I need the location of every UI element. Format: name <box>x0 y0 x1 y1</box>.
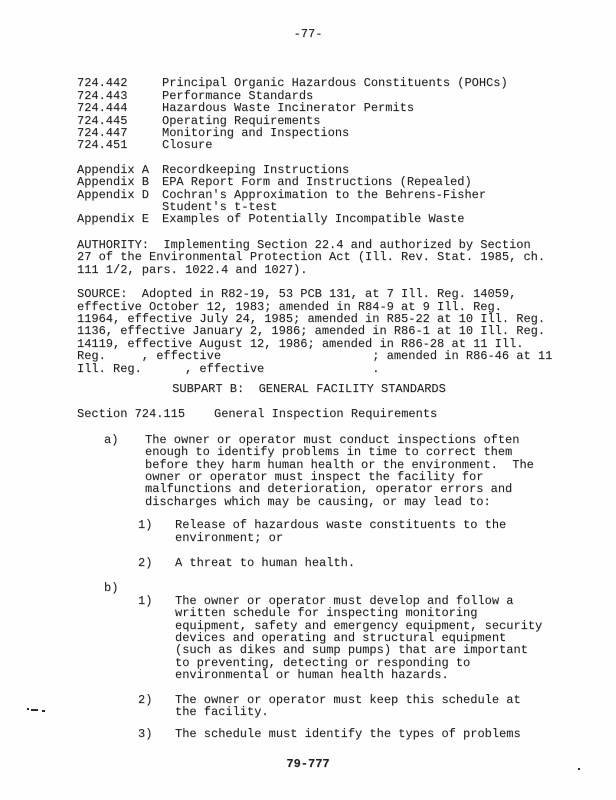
appendix-label: Appendix E <box>77 213 162 225</box>
page-number-bottom: 79-777 <box>0 758 616 770</box>
source-paragraph: SOURCE: Adopted in R82-19, 53 PCB 131, a… <box>77 288 616 375</box>
toc-row: 724.447 Monitoring and Inspections <box>77 127 616 139</box>
section-number: Section 724.115 <box>77 408 214 420</box>
page-number-top: -77- <box>0 28 616 40</box>
appendix-title: EPA Report Form and Instructions (Repeal… <box>162 176 472 188</box>
appendix-row: Appendix B EPA Report Form and Instructi… <box>77 176 616 188</box>
outline-text: The owner or operator must keep this sch… <box>175 694 521 719</box>
toc-row: 724.442 Principal Organic Hazardous Cons… <box>77 77 616 89</box>
toc-row: 724.444 Hazardous Waste Incinerator Perm… <box>77 102 616 114</box>
toc-section-number: 724.442 <box>77 77 162 89</box>
toc-section-number: 724.451 <box>77 139 162 151</box>
toc-sections: 724.442 Principal Organic Hazardous Cons… <box>77 77 616 151</box>
document-page: -77- 724.442 Principal Organic Hazardous… <box>0 0 616 800</box>
appendix-row: Appendix E Examples of Potentially Incom… <box>77 213 616 225</box>
outline-label: 1) <box>138 595 175 682</box>
toc-section-title: Closure <box>162 139 212 151</box>
toc-row: 724.451 Closure <box>77 139 616 151</box>
scan-artifact-smudge <box>27 708 29 710</box>
appendix-label: Appendix B <box>77 176 162 188</box>
outline-item-a2: 2) A threat to human health. <box>77 557 616 569</box>
scan-artifact-smudge <box>31 709 38 711</box>
outline-text: Release of hazardous waste constituents … <box>175 519 506 544</box>
outline-item-b3: 3) The schedule must identify the types … <box>77 728 616 740</box>
outline-label: b) <box>104 582 145 594</box>
outline-text: The owner or operator must conduct inspe… <box>145 434 534 508</box>
outline-item-b1: 1) The owner or operator must develop an… <box>77 595 616 682</box>
outline-label: a) <box>104 434 145 508</box>
toc-section-title: Hazardous Waste Incinerator Permits <box>162 102 414 114</box>
outline-label: 1) <box>138 519 175 544</box>
appendix-row: Appendix D Cochran's Approximation to th… <box>77 189 616 214</box>
toc-appendices: Appendix A Recordkeeping Instructions Ap… <box>77 164 616 226</box>
toc-section-title: Principal Organic Hazardous Constituents… <box>162 77 508 89</box>
appendix-label: Appendix D <box>77 189 162 214</box>
outline-label: 3) <box>138 728 175 740</box>
scan-artifact-smudge <box>42 710 45 712</box>
appendix-title: Cochran's Approximation to the Behrens-F… <box>162 189 486 214</box>
toc-section-number: 724.444 <box>77 102 162 114</box>
outline-text: The schedule must identify the types of … <box>175 728 521 740</box>
outline-item-a: a) The owner or operator must conduct in… <box>77 434 616 508</box>
scan-artifact-dot <box>578 768 580 770</box>
subpart-heading: SUBPART B: GENERAL FACILITY STANDARDS <box>77 383 541 395</box>
outline-item-b: b) <box>77 582 616 594</box>
authority-paragraph: AUTHORITY: Implementing Section 22.4 and… <box>77 239 616 276</box>
section-title: General Inspection Requirements <box>214 408 437 420</box>
outline-item-a1: 1) Release of hazardous waste constituen… <box>77 519 616 544</box>
outline-item-b2: 2) The owner or operator must keep this … <box>77 694 616 719</box>
section-heading: Section 724.115 General Inspection Requi… <box>77 408 616 420</box>
outline-text: The owner or operator must develop and f… <box>175 595 542 682</box>
outline-text: A threat to human health. <box>175 557 355 569</box>
outline-label: 2) <box>138 557 175 569</box>
outline-label: 2) <box>138 694 175 719</box>
appendix-title: Examples of Potentially Incompatible Was… <box>162 213 464 225</box>
